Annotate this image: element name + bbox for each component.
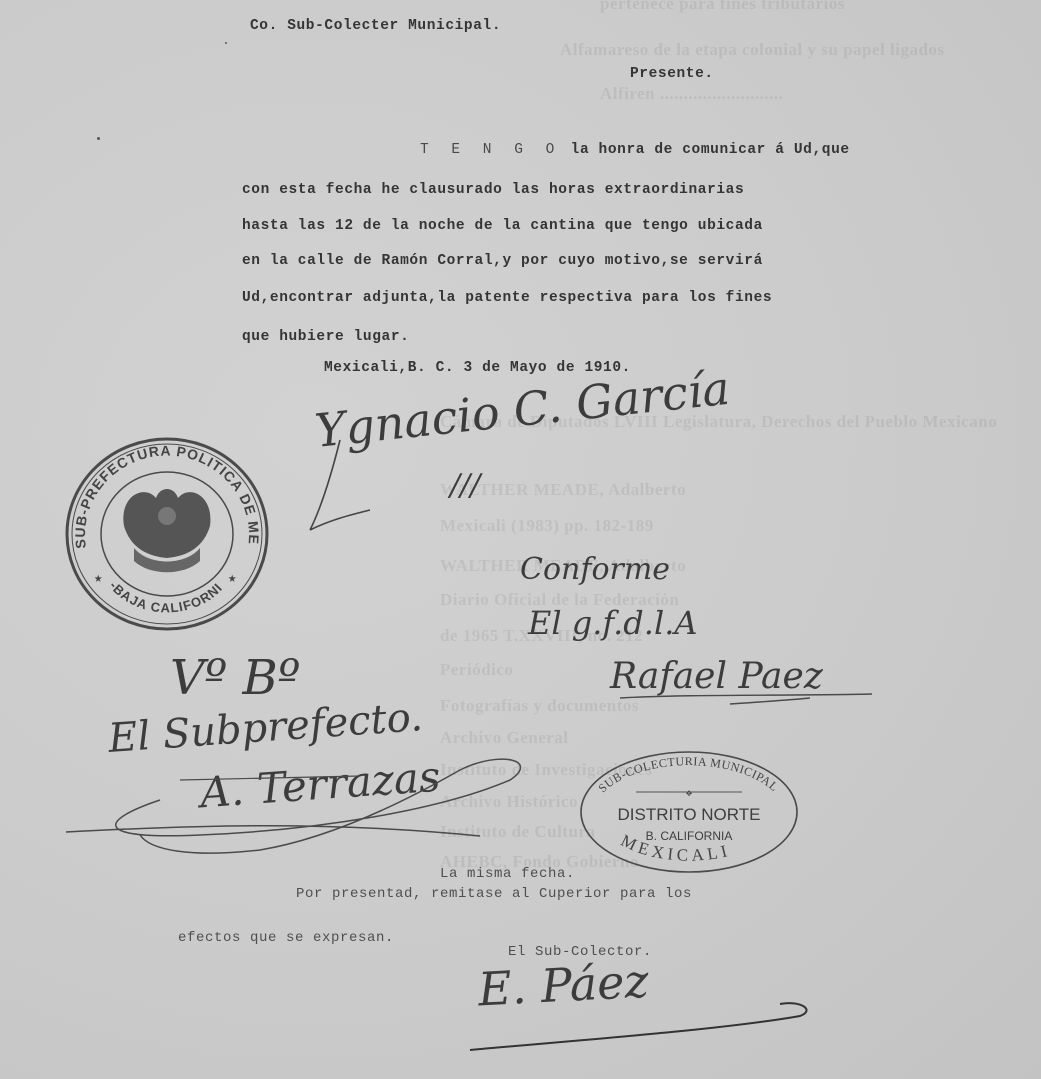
paper-speck	[97, 137, 100, 140]
vobo-annotation: Vº Bº	[170, 650, 300, 706]
bleed-through-text: Mexicali (1983) pp. 182-189	[440, 516, 654, 536]
conformity-signature-underline	[610, 690, 880, 730]
endorsement-line-2: Por presentad, remitase al Cuperior para…	[296, 886, 692, 902]
eagle-emblem-icon	[123, 489, 210, 572]
bleed-through-text: Periódico	[440, 660, 513, 680]
svg-text:✥: ✥	[686, 789, 692, 800]
subprefect-signature-flourish	[60, 740, 540, 870]
endorsement-line-1: La misma fecha.	[440, 866, 575, 882]
scanned-letter-page: pertenece para fines tributarios Alfamar…	[0, 0, 1041, 1079]
endorsement-line-3: efectos que se expresan.	[178, 930, 394, 946]
sender-signature-flourish	[300, 420, 460, 540]
bleed-through-text: pertenece para fines tributarios	[600, 0, 845, 14]
conformity-signature-1: Conforme	[520, 552, 670, 587]
addressee: Co. Sub-Colecter Municipal.	[250, 18, 501, 34]
svg-text:DISTRITO NORTE: DISTRITO NORTE	[618, 805, 761, 824]
body-line-2: con esta fecha he clausurado las horas e…	[242, 182, 744, 198]
svg-text:★: ★	[94, 571, 103, 587]
subcollector-signature-underline	[460, 990, 820, 1070]
bleed-through-text: Alfamareso de la etapa colonial y su pap…	[560, 40, 945, 60]
salutation: Presente.	[630, 66, 714, 82]
opening-word: T E N G O	[420, 142, 561, 158]
svg-text:B. CALIFORNIA: B. CALIFORNIA	[646, 829, 733, 843]
body-line-3: hasta las 12 de la noche de la cantina q…	[242, 218, 763, 234]
body-line-1: T E N G O la honra de comunicar á Ud,que	[420, 142, 850, 158]
body-line-1-rest: la honra de comunicar á Ud,que	[571, 142, 850, 158]
conformity-signature-2: El g.f.d.l.A	[528, 604, 697, 642]
body-line-5: Ud,encontrar adjunta,la patente respecti…	[242, 290, 772, 306]
body-line-6: que hubiere lugar.	[242, 329, 409, 345]
svg-text:★: ★	[228, 571, 237, 587]
body-line-4: en la calle de Ramón Corral,y por cuyo m…	[242, 253, 763, 269]
place-date: Mexicali,B. C. 3 de Mayo de 1910.	[324, 360, 631, 376]
subcollector-oval-seal: SUB-COLECTURIA MUNICIPAL ✥ DISTRITO NORT…	[576, 748, 802, 876]
subprefecture-round-seal: SUB-PREFECTURA POLITICA DE MEXICALI. -BA…	[64, 436, 270, 632]
bleed-through-text: Alfiren ..........................	[600, 84, 783, 104]
paper-speck	[225, 42, 227, 44]
